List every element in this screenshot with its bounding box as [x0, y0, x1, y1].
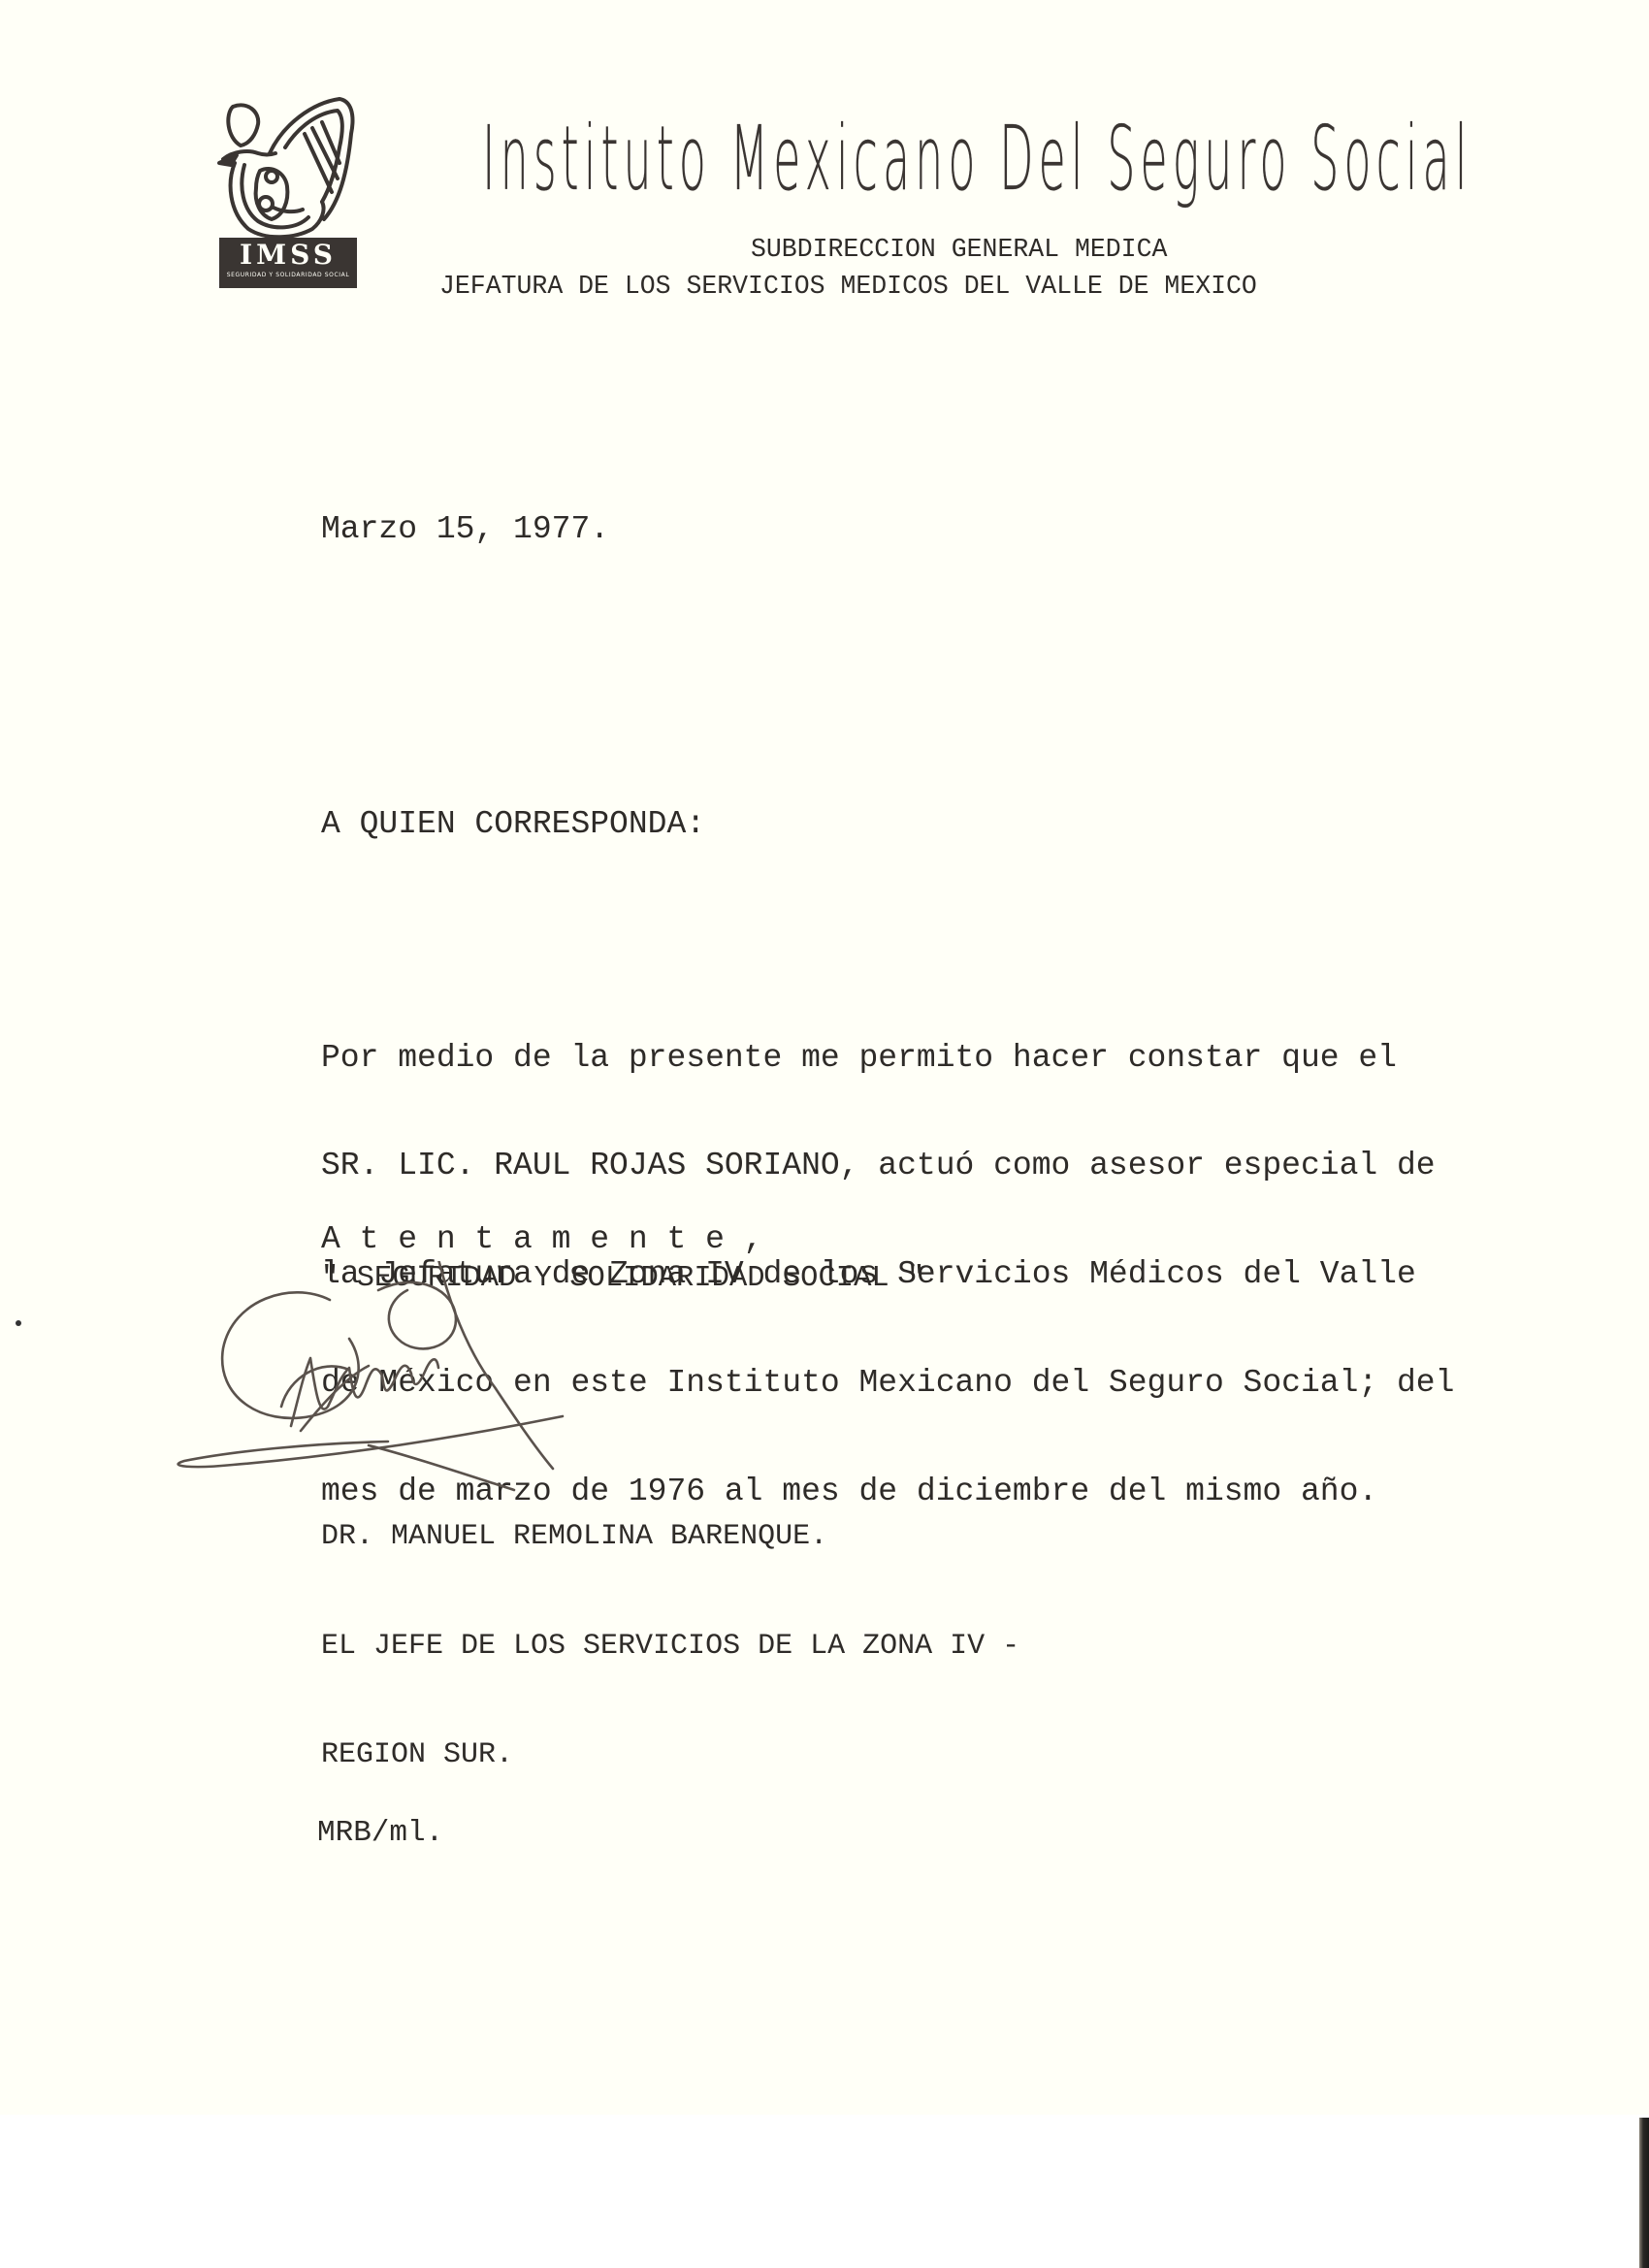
reference-initials: MRB/ml. [317, 1815, 443, 1851]
imss-emblem-icon [215, 95, 361, 241]
signer-title: EL JEFE DE LOS SERVICIOS DE LA ZONA IV - [321, 1629, 1019, 1666]
salutation: A QUIEN CORRESPONDA: [321, 806, 705, 842]
closing: A t e n t a m e n t e , [321, 1221, 762, 1257]
signer-name: DR. MANUEL REMOLINA BARENQUE. [321, 1519, 1019, 1556]
imss-logo-badge: IMSS SEGURIDAD Y SOLIDARIDAD SOCIAL [219, 238, 357, 288]
letter-page: IMSS SEGURIDAD Y SOLIDARIDAD SOCIAL Inst… [0, 0, 1649, 2115]
signer-block: DR. MANUEL REMOLINA BARENQUE. EL JEFE DE… [321, 1446, 1019, 1847]
imss-logo: IMSS SEGURIDAD Y SOLIDARIDAD SOCIAL [215, 95, 361, 289]
institution-name: Instituto Mexicano Del Seguro Social [482, 114, 1472, 204]
scan-speck [16, 1320, 21, 1326]
logo-acronym: IMSS [221, 241, 355, 270]
body-line: Por medio de la presente me permito hace… [321, 1040, 1454, 1076]
body-line: SR. LIC. RAUL ROJAS SORIANO, actuó como … [321, 1148, 1454, 1183]
letter-date: Marzo 15, 1977. [321, 511, 609, 547]
signer-region: REGION SUR. [321, 1737, 1019, 1774]
department-heading: JEFATURA DE LOS SERVICIOS MEDICOS DEL VA… [439, 272, 1257, 301]
scan-edge-shadow [1639, 2118, 1649, 2268]
logo-motto: SEGURIDAD Y SOLIDARIDAD SOCIAL [221, 272, 355, 279]
subdirectorate-heading: SUBDIRECCION GENERAL MEDICA [751, 235, 1167, 264]
